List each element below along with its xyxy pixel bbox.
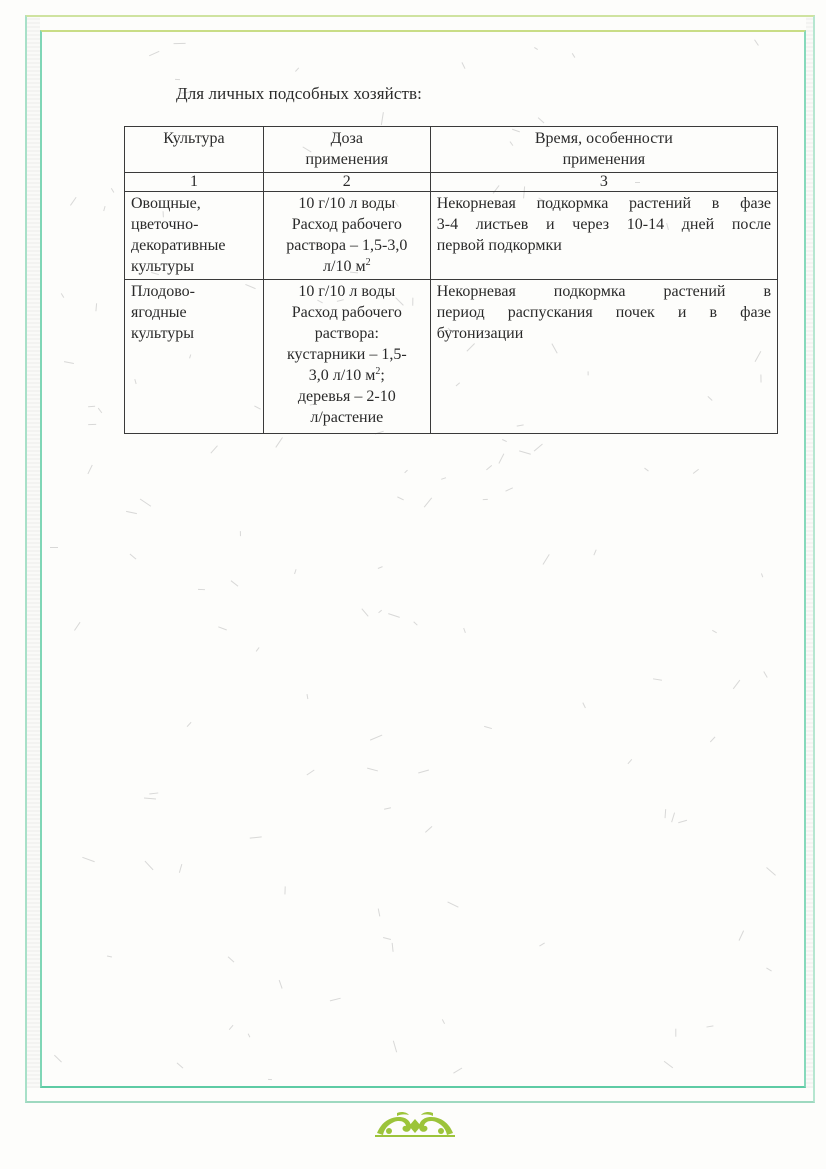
- paper-fiber: [268, 1078, 272, 1079]
- header-timing: Время, особенности применения: [430, 127, 777, 173]
- paper-fiber: [198, 589, 205, 590]
- application-table: Культура Доза применения Время, особенно…: [124, 126, 778, 434]
- paper-fiber: [88, 424, 96, 425]
- paper-fiber: [175, 79, 180, 80]
- column-number: 1: [125, 173, 264, 192]
- paper-fiber: [239, 531, 240, 536]
- paper-fiber: [675, 1029, 676, 1037]
- table-row: Плодово- ягодные культуры 10 г/10 л воды…: [125, 280, 778, 434]
- section-heading: Для личных подсобных хозяйств:: [176, 84, 422, 104]
- column-number-row: 1 2 3: [125, 173, 778, 192]
- table-header-row: Культура Доза применения Время, особенно…: [125, 127, 778, 173]
- header-dose: Доза применения: [263, 127, 430, 173]
- dose-cell: 10 г/10 л воды Расход рабочего раствора:…: [263, 280, 430, 434]
- paper-fiber: [483, 499, 488, 500]
- paper-fiber: [50, 547, 58, 548]
- header-culture: Культура: [125, 127, 264, 173]
- column-number: 3: [430, 173, 777, 192]
- table-row: Овощные, цветочно- декоративные культуры…: [125, 192, 778, 280]
- timing-cell: Некорневая подкормка растений в фазе 3-4…: [430, 192, 777, 280]
- ornament-icon: [373, 1109, 457, 1137]
- culture-cell: Плодово- ягодные культуры: [125, 280, 264, 434]
- timing-cell: Некорневая подкормка растений в период р…: [430, 280, 777, 434]
- dose-cell: 10 г/10 л воды Расход рабочего раствора …: [263, 192, 430, 280]
- superscript: 2: [366, 257, 371, 268]
- culture-cell: Овощные, цветочно- декоративные культуры: [125, 192, 264, 280]
- document-page: Для личных подсобных хозяйств: Культура …: [0, 0, 826, 1169]
- column-number: 2: [263, 173, 430, 192]
